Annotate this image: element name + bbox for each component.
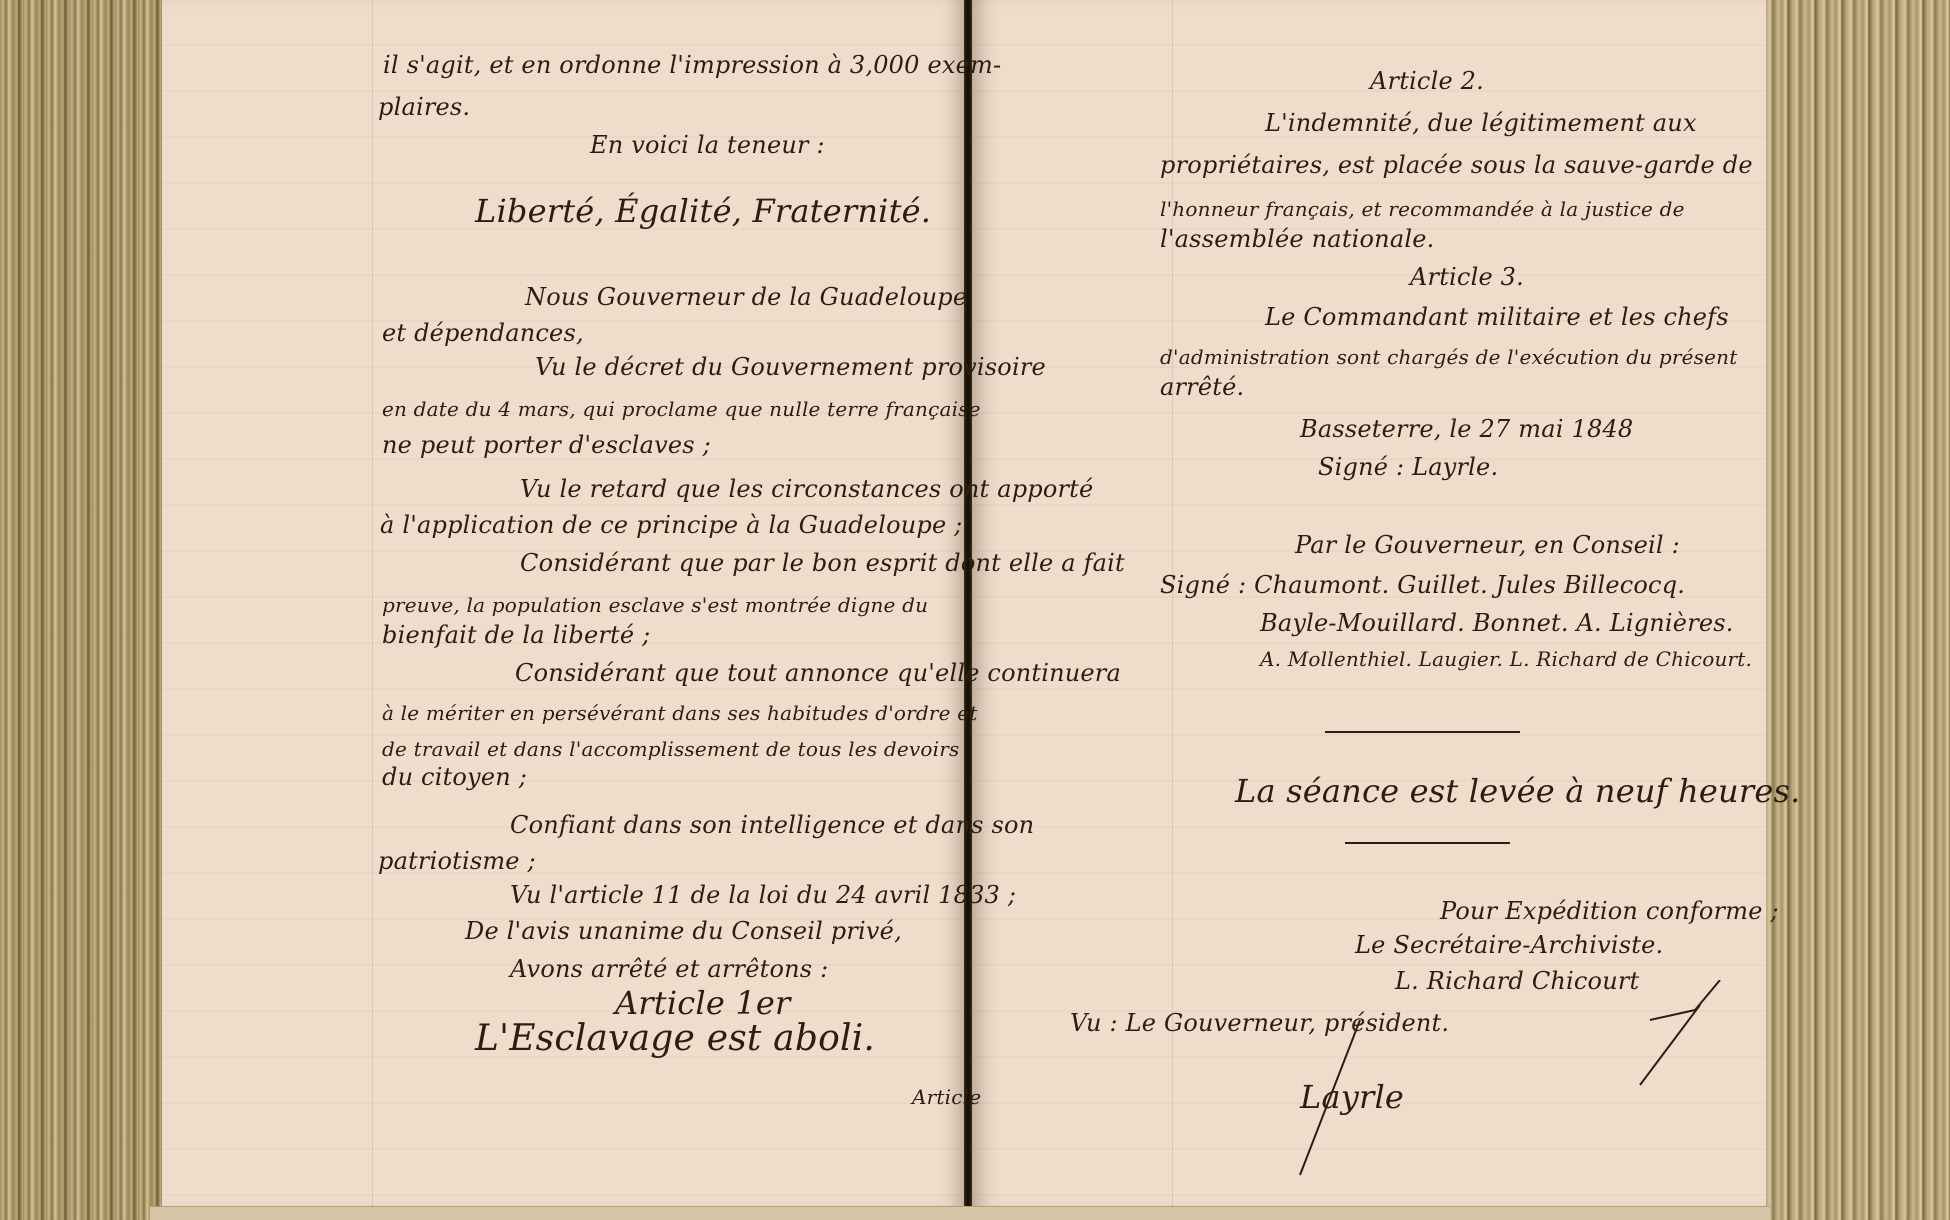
text-line: Par le Gouverneur, en Conseil : <box>1295 530 1680 560</box>
text-line: propriétaires, est placée sous la sauve-… <box>1160 150 1753 180</box>
text-line: l'honneur français, et recommandée à la … <box>1160 194 1685 224</box>
text-line: Nous Gouverneur de la Guadeloupe <box>525 282 967 312</box>
book-page-edges-left <box>0 0 162 1220</box>
text-line: et dépendances, <box>382 318 584 348</box>
text-line: arrêté. <box>1160 372 1244 402</box>
signature-flourish <box>1295 1020 1365 1180</box>
text-line: Le Commandant militaire et les chefs <box>1265 302 1729 332</box>
place-date: Basseterre, le 27 mai 1848 <box>1300 414 1633 444</box>
seance-levee: La séance est levée à neuf heures. <box>1235 776 1800 806</box>
heading-article-2: Article 2. <box>1370 66 1484 96</box>
text-line: l'assemblée nationale. <box>1160 224 1434 254</box>
text-line: Avons arrêté et arrêtons : <box>510 954 828 984</box>
text-line: Vu le retard que les circonstances ont a… <box>520 474 1093 504</box>
text-line: En voici la teneur : <box>590 130 825 160</box>
text-line: Le Secrétaire-Archiviste. <box>1355 930 1663 960</box>
text-line: en date du 4 mars, qui proclame que null… <box>382 394 981 424</box>
text-line: patriotisme ; <box>378 846 536 876</box>
text-line: De l'avis unanime du Conseil privé, <box>465 916 902 946</box>
text-line: plaires. <box>378 92 470 122</box>
signatories-line-2: Bayle-Mouillard. Bonnet. A. Lignières. <box>1260 608 1734 638</box>
text-line: Vu : Le Gouverneur, président. <box>1070 1008 1449 1038</box>
margin-rule <box>372 0 373 1208</box>
text-line: ne peut porter d'esclaves ; <box>382 430 711 460</box>
heading-liberte-egalite-fraternite: Liberté, Égalité, Fraternité. <box>475 196 931 226</box>
text-line: bienfait de la liberté ; <box>382 620 650 650</box>
text-line: Pour Expédition conforme ; <box>1440 896 1779 926</box>
text-line: d'administration sont chargés de l'exécu… <box>1160 342 1737 372</box>
heading-article-1: Article 1er <box>615 988 791 1018</box>
heading-esclavage-aboli: L'Esclavage est aboli. <box>475 1024 875 1054</box>
text-line: de travail et dans l'accomplissement de … <box>382 734 959 764</box>
heading-article-3: Article 3. <box>1410 262 1524 292</box>
text-line: L'indemnité, due légitimement aux <box>1265 108 1697 138</box>
text-line: à l'application de ce principe à la Guad… <box>380 510 962 540</box>
page-bottom-edge <box>150 1206 1770 1220</box>
text-line: Vu le décret du Gouvernement provisoire <box>535 352 1046 382</box>
signed-layrle: Signé : Layrle. <box>1318 452 1498 482</box>
divider-rule <box>1325 731 1520 733</box>
signatories-line-1: Signé : Chaumont. Guillet. Jules Billeco… <box>1160 570 1685 600</box>
text-line: à le mériter en persévérant dans ses hab… <box>382 698 978 728</box>
catchword-article: Article <box>912 1082 981 1112</box>
book-gutter <box>964 0 972 1220</box>
text-line: Confiant dans son intelligence et dans s… <box>510 810 1034 840</box>
book-page-edges-right <box>1766 0 1950 1220</box>
text-line: preuve, la population esclave s'est mont… <box>382 590 928 620</box>
signature-richard-chicourt: L. Richard Chicourt <box>1395 966 1639 996</box>
text-line: Considérant que par le bon esprit dont e… <box>520 548 1125 578</box>
text-line: il s'agit, et en ordonne l'impression à … <box>383 50 1001 80</box>
signatories-line-3: A. Mollenthiel. Laugier. L. Richard de C… <box>1260 644 1752 674</box>
text-line: du citoyen ; <box>382 762 527 792</box>
text-line: Considérant que tout annonce qu'elle con… <box>515 658 1121 688</box>
text-line: Vu l'article 11 de la loi du 24 avril 18… <box>510 880 1016 910</box>
signature-flourish <box>1620 980 1730 1090</box>
divider-rule <box>1345 842 1510 844</box>
